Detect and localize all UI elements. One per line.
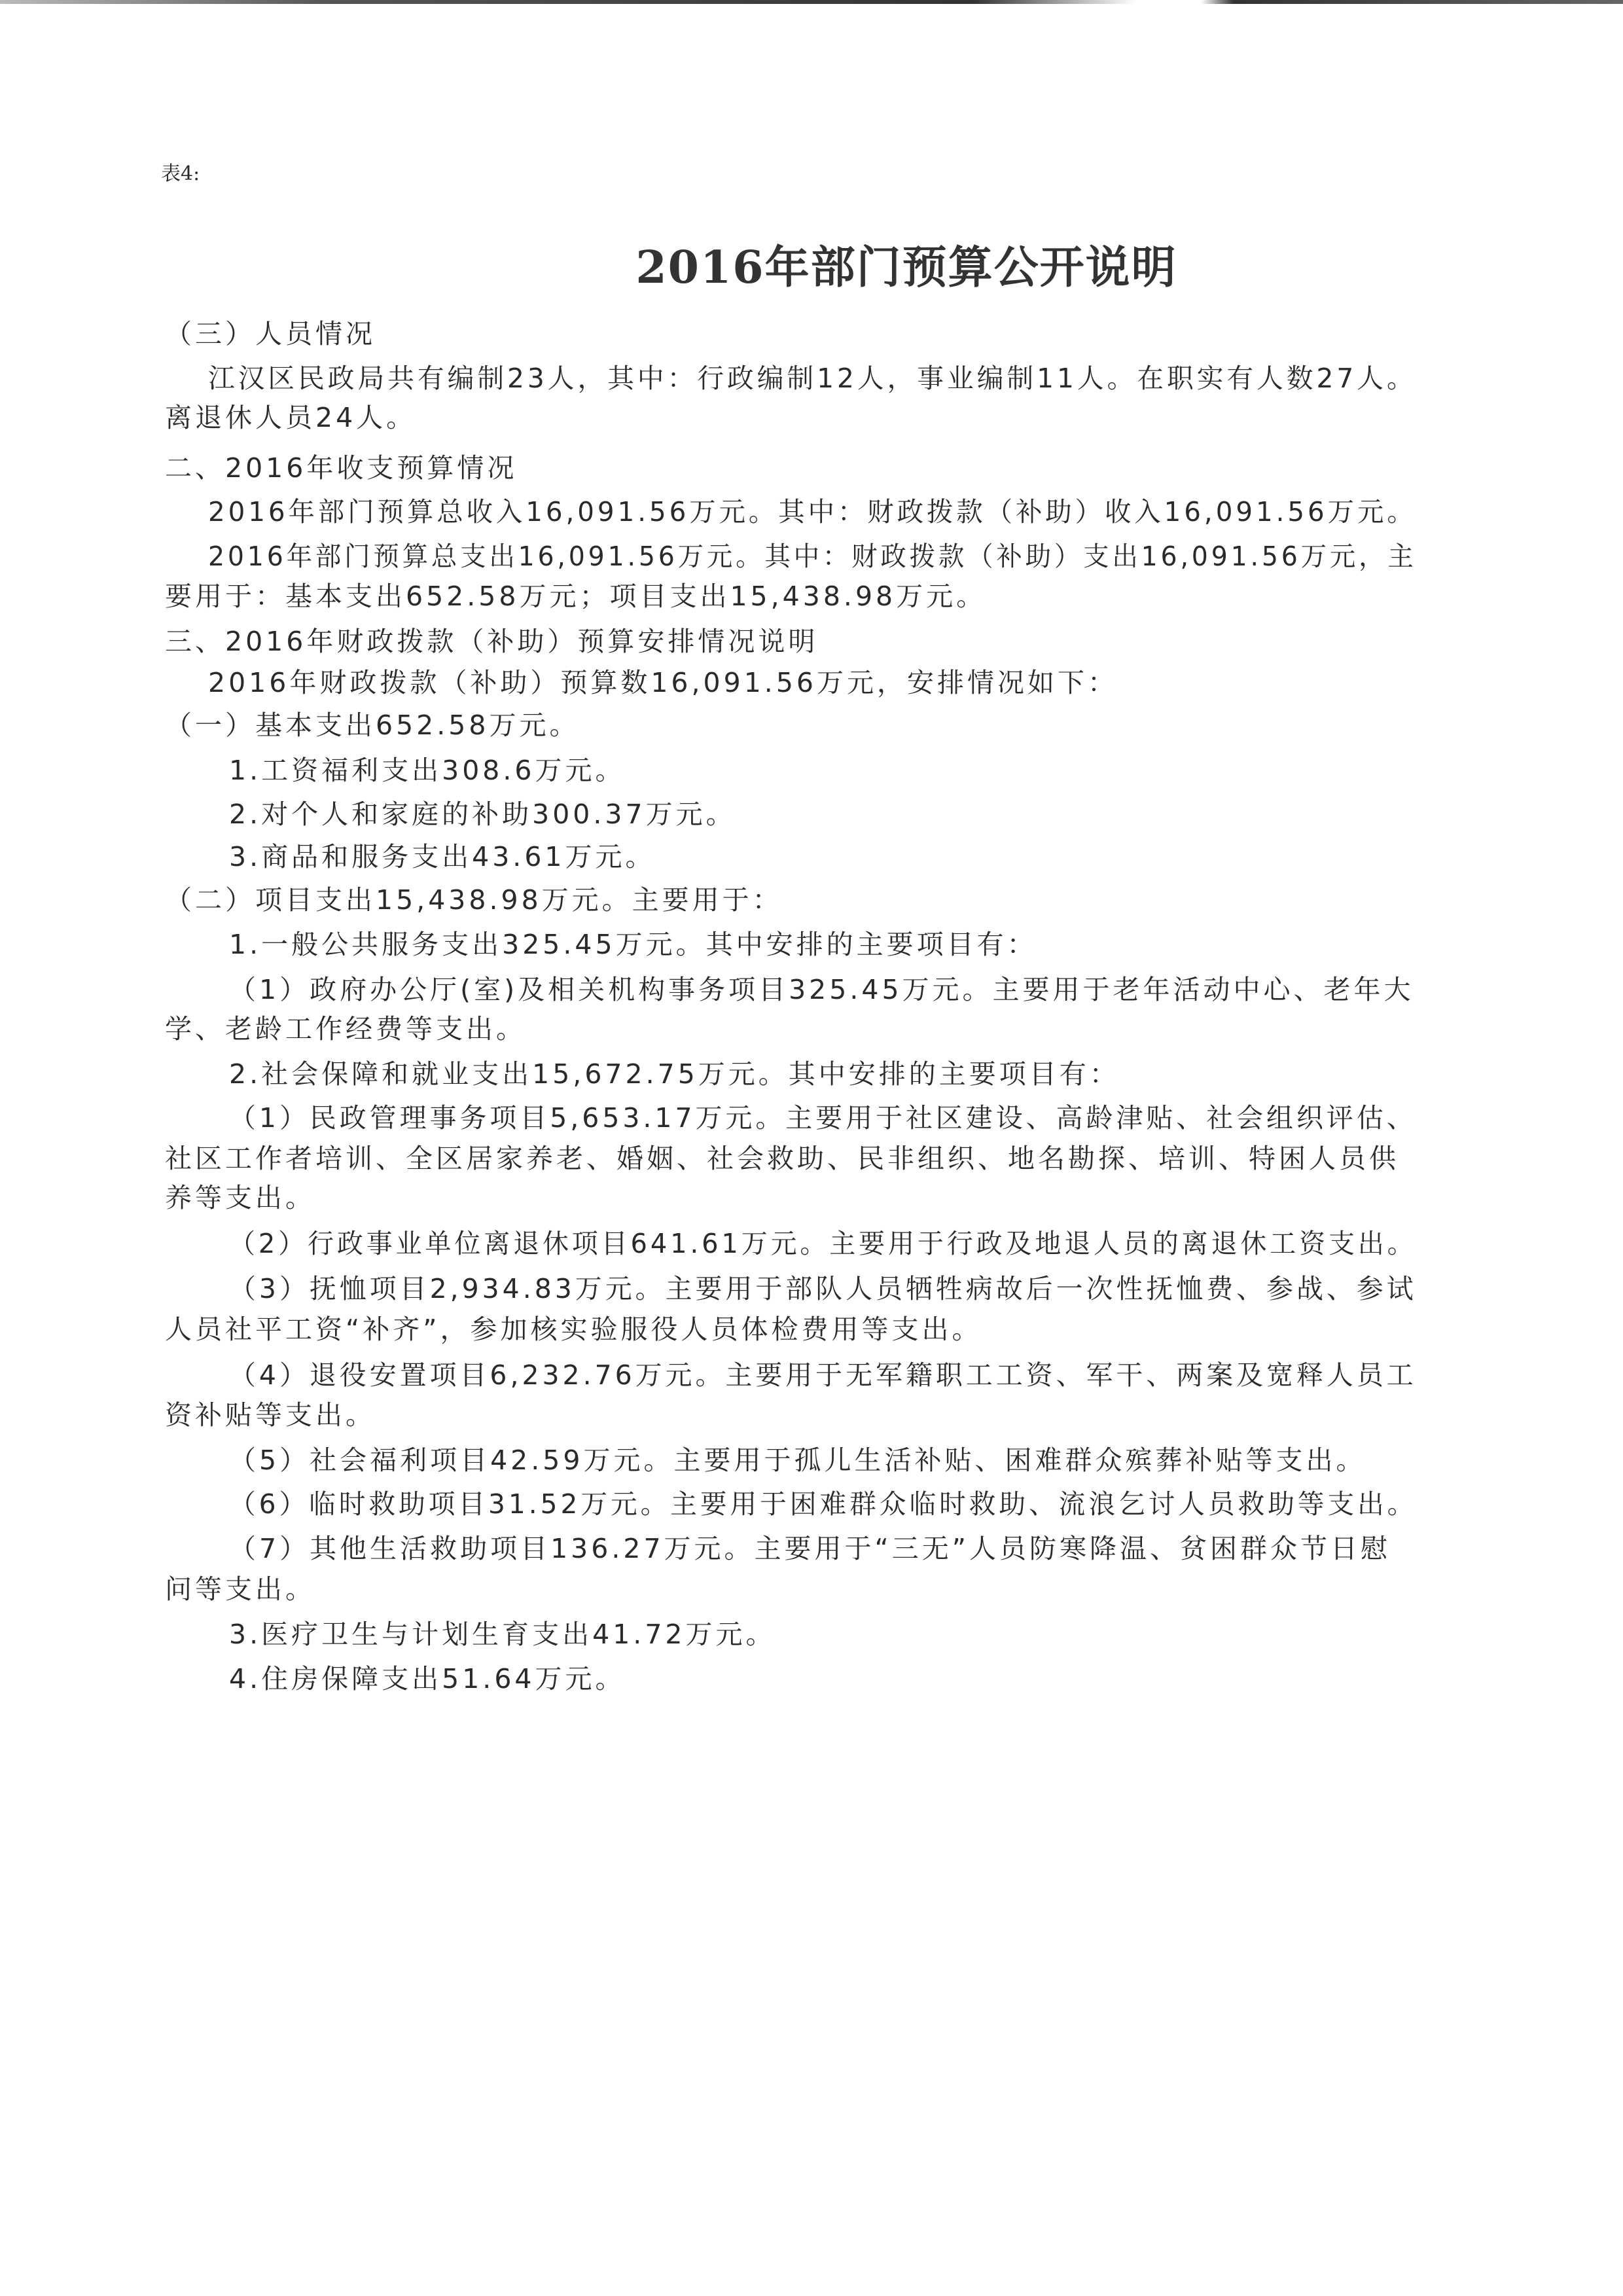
list-item: （2）行政事业单位离退休项目641.61万元。主要用于行政及地退人员的离退休工资…	[229, 1227, 1417, 1260]
list-item: （1）民政管理事务项目5,653.17万元。主要用于社区建设、高龄津贴、社会组织…	[229, 1102, 1417, 1134]
subsection-heading: （一）基本支出652.58万元。	[165, 709, 579, 742]
list-item: （5）社会福利项目42.59万元。主要用于孤儿生活补贴、困难群众殡葬补贴等支出。	[229, 1444, 1366, 1477]
title-text: 2016年部门预算公开说明	[635, 232, 1177, 296]
section-heading: 二、2016年收支预算情况	[165, 452, 517, 484]
text-line: 江汉区民政局共有编制23人，其中：行政编制12人，事业编制11人。在职实有人数2…	[208, 362, 1417, 395]
section-heading: 三、2016年财政拨款（补助）预算安排情况说明	[165, 625, 818, 658]
list-item: 3.医疗卫生与计划生育支出41.72万元。	[229, 1618, 776, 1651]
text-line: 养等支出。	[165, 1181, 315, 1214]
text-line: 要用于：基本支出652.58万元；项目支出15,438.98万元。	[165, 580, 986, 613]
list-item: 2.社会保障和就业支出15,672.75万元。其中安排的主要项目有：	[229, 1058, 1120, 1090]
list-item: （7）其他生活救助项目136.27万元。主要用于“三无”人员防寒降温、贫困群众节…	[229, 1532, 1391, 1565]
list-item: （3）抚恤项目2,934.83万元。主要用于部队人员牺牲病故后一次性抚恤费、参战…	[229, 1272, 1417, 1305]
text-line: 2016年部门预算总收入16,091.56万元。其中：财政拨款（补助）收入16,…	[208, 495, 1417, 528]
text-line: （三）人员情况	[165, 317, 376, 350]
list-item: 2.对个人和家庭的补助300.37万元。	[229, 798, 736, 831]
subsection-heading: （二）项目支出15,438.98万元。主要用于：	[165, 884, 783, 916]
text-line: 问等支出。	[165, 1573, 315, 1605]
list-item: （1）政府办公厅(室)及相关机构事务项目325.45万元。主要用于老年活动中心、…	[229, 973, 1414, 1006]
text-line: 社区工作者培训、全区居家养老、婚姻、社会救助、民非组织、地名勘探、培训、特困人员…	[165, 1142, 1399, 1175]
text-line: 2016年财政拨款（补助）预算数16,091.56万元，安排情况如下：	[208, 666, 1118, 699]
text-line: 资补贴等支出。	[165, 1399, 376, 1431]
text-line: 2016年部门预算总支出16,091.56万元。其中：财政拨款（补助）支出16,…	[208, 540, 1417, 573]
list-item: （4）退役安置项目6,232.76万元。主要用于无军籍职工工资、军干、两案及宽释…	[229, 1359, 1417, 1391]
table-label: 表4:	[161, 157, 200, 186]
page-title: 2016年部门预算公开说明	[0, 232, 1407, 296]
list-item: 3.商品和服务支出43.61万元。	[229, 840, 656, 873]
text-line: 人员社平工资“补齐”，参加核实验服役人员体检费用等支出。	[165, 1313, 982, 1346]
scan-edge-line	[0, 0, 1623, 4]
list-item: （6）临时救助项目31.52万元。主要用于困难群众临时救助、流浪乞讨人员救助等支…	[229, 1488, 1417, 1520]
list-item: 1.工资福利支出308.6万元。	[229, 754, 626, 787]
text-line: 离退休人员24人。	[165, 401, 416, 434]
list-item: 1.一般公共服务支出325.45万元。其中安排的主要项目有：	[229, 928, 1037, 961]
text-line: 学、老龄工作经费等支出。	[165, 1013, 526, 1045]
list-item: 4.住房保障支出51.64万元。	[229, 1662, 626, 1695]
